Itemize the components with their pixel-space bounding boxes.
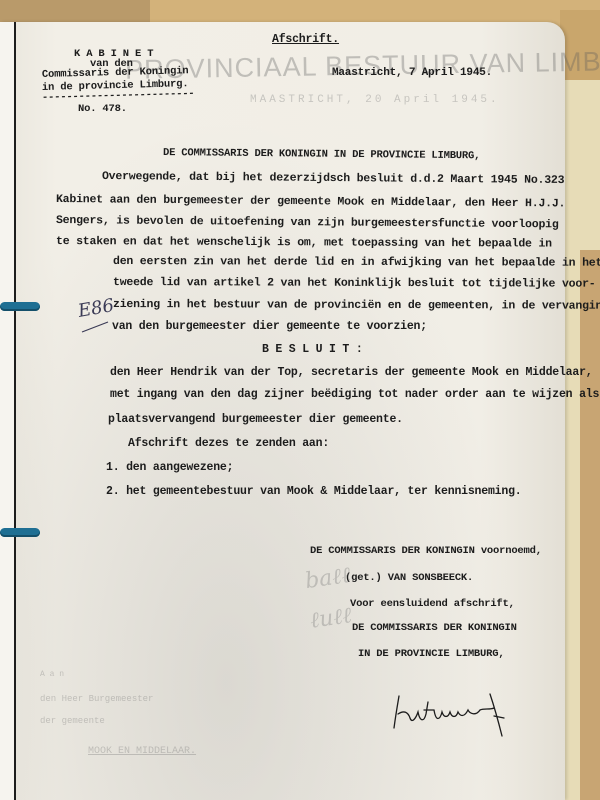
place-date: Maastricht, 7 April 1945. — [332, 67, 492, 79]
decision-line: plaatsvervangend burgemeester dier gemee… — [108, 413, 403, 426]
binder-edge — [0, 22, 16, 800]
bleed-footer-line: A a n — [40, 670, 64, 679]
binder-ring-top — [0, 302, 40, 311]
bleed-footer-line: den Heer Burgemeester — [40, 694, 153, 704]
back-sheet-lower — [580, 250, 600, 800]
consideration-line: den eersten zin van het derde lid en in … — [113, 255, 600, 270]
copy-heading: Afschrift dezes te zenden aan: — [128, 437, 329, 450]
consideration-line: van den burgemeester dier gemeente te vo… — [112, 320, 427, 333]
margin-note-underline — [80, 320, 110, 334]
copy-list-item: 1. den aangewezene; — [106, 461, 233, 474]
bleed-date: MAASTRICHT, 20 April 1945. — [250, 94, 500, 106]
document-title: Afschrift. — [272, 33, 339, 46]
decision-heading: B E S L U I T : — [262, 343, 363, 356]
bleed-footer-line: der gemeente — [40, 716, 105, 726]
decision-line: met ingang van den dag zijner beëdiging … — [110, 388, 599, 401]
bleed-footer-line: MOOK EN MIDDELAAR. — [88, 746, 196, 757]
binder-ring-bottom — [0, 528, 40, 537]
closing-signed: (get.) VAN SONSBEECK. — [345, 572, 473, 584]
document-number: No. 478. — [78, 103, 127, 115]
consideration-line: te staken en dat het wenschelijk is om, … — [56, 235, 552, 251]
closing-line: Voor eensluidend afschrift, — [350, 598, 515, 610]
closing-line: IN DE PROVINCIE LIMBURG, — [358, 648, 504, 660]
document-page — [0, 22, 565, 800]
copy-list-item: 2. het gemeentebestuur van Mook & Middel… — [106, 485, 521, 498]
consideration-line: tweede lid van artikel 2 van het Koninkl… — [113, 276, 596, 291]
closing-line: DE COMMISSARIS DER KONINGIN voornoemd, — [310, 545, 542, 557]
ink-signature — [390, 688, 515, 738]
consideration-line: ziening in het bestuur van de provinciën… — [113, 298, 600, 313]
closing-line: DE COMMISSARIS DER KONINGIN — [352, 622, 517, 634]
decision-line: den Heer Hendrik van der Top, secretaris… — [110, 366, 592, 379]
